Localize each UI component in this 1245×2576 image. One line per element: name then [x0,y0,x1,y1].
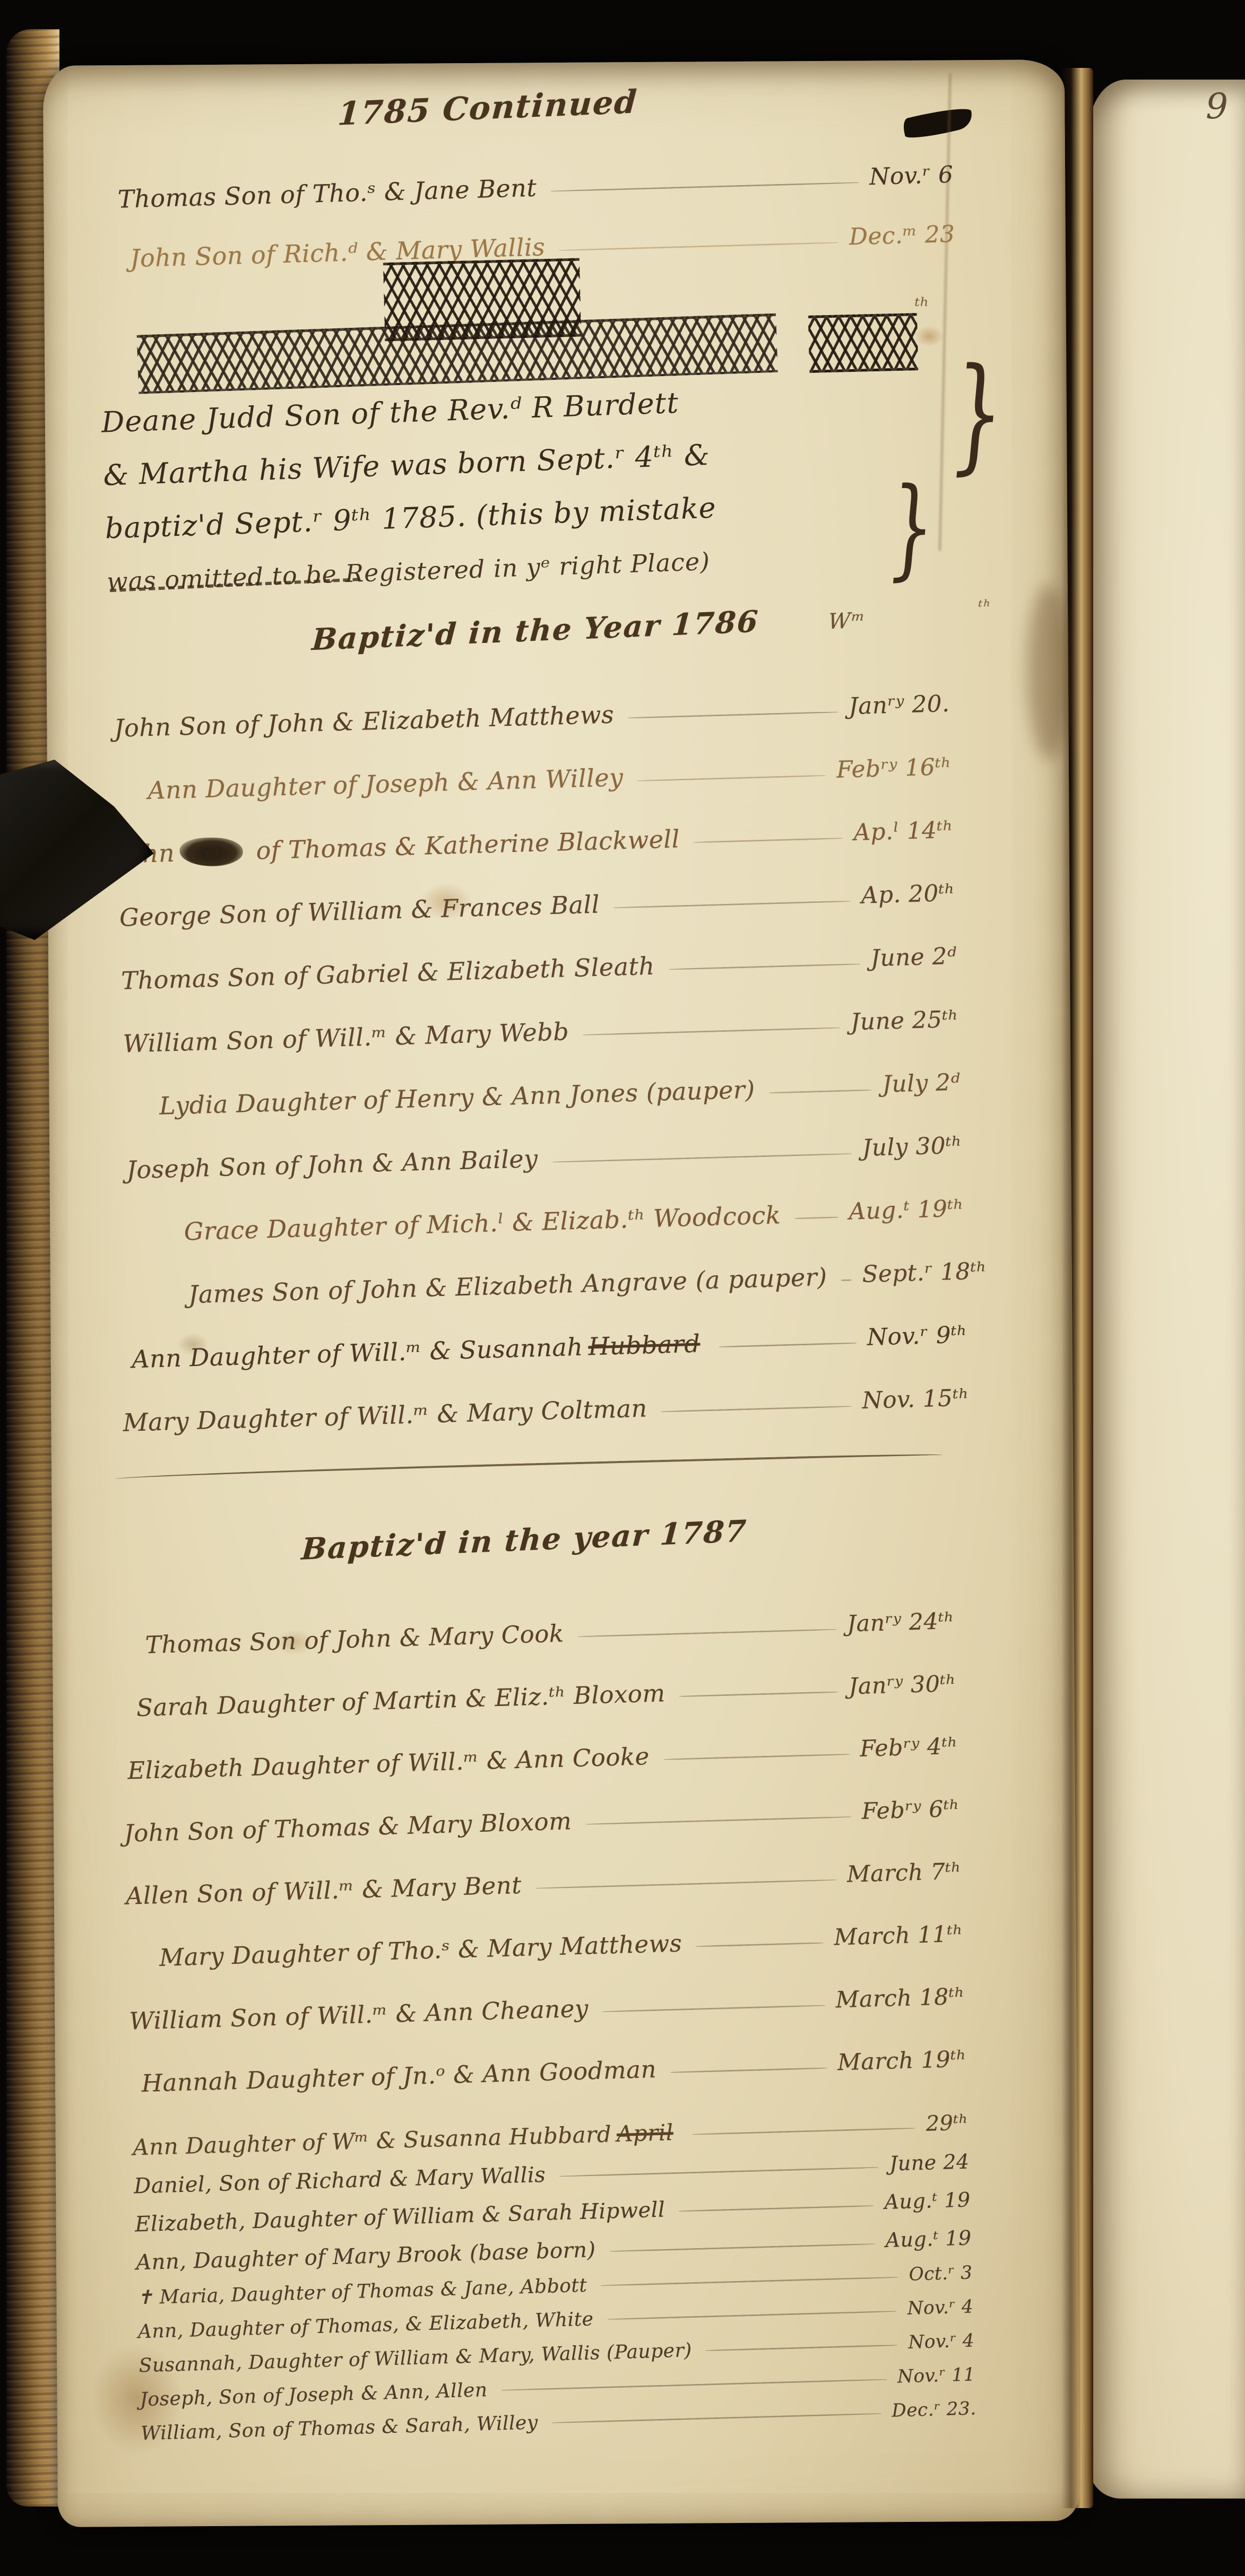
leader-line [706,2344,898,2351]
right-page-entry-fragment [1080,623,1237,680]
photograph-canvas: 1785 Continued Thomas Son of Tho.ˢ & Jan… [0,0,1245,2576]
entry-date: Aug.ᵗ 19 [885,2226,972,2252]
right-page-entry-fragment [1101,2099,1245,2155]
page-gutter [1061,68,1093,2508]
brace-flourish: } [887,473,936,584]
section-header-text: Baptiz'd in the Year 1786 [311,604,760,658]
leader-line [663,1754,850,1761]
memo-deane-judd: Deane Judd Son of the Rev.ᵈ R Burdett & … [100,366,999,608]
entry-date: March 7ᵗʰ [846,1858,962,1888]
section-divider-line [115,1453,943,1483]
right-page-entry-fragment [1082,733,1238,789]
right-page-entry-fragment [1101,2153,1245,2210]
right-page-entry-fragment [1094,1607,1245,1664]
leader-line [583,1027,840,1036]
right-page-entry-fragment [1076,350,1233,407]
right-page-entry-fragment [1103,2262,1245,2319]
entry-date: Nov.ʳ 11 [897,2364,975,2387]
entry-struck-text: Hubbard [588,1329,701,1361]
entry-date: March 11ᵗʰ [834,1921,964,1951]
right-page-entry-fragment [1105,2426,1245,2483]
right-page-entry-fragment [1088,1224,1245,1281]
entry-text: William, Son of Thomas & Sarah, Willey [141,2412,538,2444]
right-page-entry-fragment [1083,842,1239,899]
leader-line [669,963,860,970]
entry-date: Dec.ʳ 23. [892,2398,976,2421]
entry-text: Mary Daughter of Will.ᵐ & Mary Coltman [123,1394,647,1437]
leader-line [679,1691,838,1697]
entry-date: Aug.ᵗ 19ᵗʰ [849,1195,964,1225]
leader-line [585,1816,851,1825]
entry-date: Janʳʸ 24ᵗʰ [846,1608,955,1638]
leader-line [578,1629,837,1638]
entry-date: June 2ᵈ [870,943,957,972]
right-page-entry-fragment [1080,678,1237,735]
right-page-entry-fragment [1089,1279,1245,1336]
leader-line [637,774,826,781]
right-page-entry-fragment [1093,1552,1245,1609]
entry-struck-text: Son [179,837,243,867]
right-page-entry-fragment [1097,1880,1245,1937]
right-page-entry-fragment [1100,2044,1245,2101]
entry-date: Nov.ʳ 9ᵗʰ [867,1321,967,1351]
crossed-out-remnant: ᵗʰ [915,294,929,318]
leader-line [794,1216,838,1219]
entry-date: Febʳʸ 16ᵗʰ [836,753,952,784]
entries-1786-list: John Son of John & Elizabeth Matthews Ja… [55,654,1049,1439]
leader-line [693,2127,915,2135]
right-page-entry-fragment [1096,1771,1245,1827]
leader-line [610,2243,875,2252]
right-page-entry-fragment [1084,897,1240,953]
entry-date: June 25ᵗʰ [850,1006,959,1036]
right-page-entry-fragment [1077,459,1234,516]
leader-line [602,2005,825,2013]
entry-date: Oct.ʳ 3 [909,2262,973,2285]
right-page-fragments [1072,79,1245,2483]
paper-stain [915,326,944,347]
leader-line [696,1942,824,1947]
section-header-1786: Baptiz'd in the Year 1786 Wᵐ ᵗʰ [311,595,992,658]
brace-flourish: } [949,351,1006,477]
leader-line [841,1279,852,1281]
entry-date: Janʳʸ 20. [849,690,950,720]
right-page-entry-fragment [1084,951,1241,1008]
right-page-entry-fragment [1104,2372,1245,2429]
entry-date: Febʳʸ 4ᵗʰ [860,1733,958,1762]
entry-date: Sept.ʳ 18ᵗʰ [862,1257,987,1288]
entry-date: Nov.ʳ 4 [908,2330,975,2353]
leader-line [607,2310,896,2320]
entry-date: 29ᵗʰ [926,2111,969,2136]
leader-line [613,900,851,908]
right-page-entry-fragment [1091,1388,1245,1445]
entries-1787-list: Thomas Son of John & Mary Cook Janʳʸ 24ᵗ… [59,1572,1056,2447]
leader-line [559,2166,879,2177]
header-annotation-superscript: ᵗʰ [978,597,992,616]
entry-date: Ap. 20ᵗʰ [861,880,955,909]
year-header-1785: 1785 Continued [336,83,638,133]
entry-date: March 18ᵗʰ [835,1983,965,2014]
entry-date: Nov.ʳ 6 [869,161,954,190]
entry-date: Febʳʸ 6ᵗʰ [861,1796,960,1825]
right-page: 9 [1089,80,1245,2499]
section-header-1787: Baptiz'd in the year 1787 [300,1513,748,1567]
entry-date: Aug.ᵗ 19 [884,2188,971,2214]
entry-date: Ap.ˡ 14ᵗʰ [853,816,954,846]
right-page-entry-fragment [1087,1170,1244,1226]
leader-line [601,2276,898,2286]
right-page-entry-fragment [1092,1498,1245,1554]
header-annotation: Wᵐ [827,607,866,634]
right-page-entry-fragment [1094,1661,1245,1718]
entry-struck-text: April [616,2119,673,2147]
left-page: 1785 Continued Thomas Son of Tho.ˢ & Jan… [43,59,1079,2527]
leader-line [501,2379,887,2391]
leader-line [559,242,838,251]
leader-line [679,2205,874,2212]
right-page-entry-fragment [1102,2208,1245,2265]
leader-line [552,1153,852,1163]
right-page-entry-fragment [1077,405,1233,462]
right-page-entry-fragment [1075,295,1232,352]
entry-date: July 2ᵈ [882,1069,961,1098]
right-page-entry-fragment [1091,1443,1245,1500]
right-page-entry-fragment [1078,514,1235,571]
right-page-entry-fragment [1086,1060,1242,1117]
crossed-out-line-date [808,313,918,373]
leader-line [535,1879,836,1889]
right-page-entry-fragment [1074,186,1230,243]
entry-date: March 19ᵗʰ [837,2046,967,2076]
right-page-entry-fragment [1087,1115,1243,1172]
leader-line [670,2067,827,2073]
right-page-entry-fragment [1075,241,1231,298]
right-page-entry-fragment [1103,2317,1245,2374]
leader-line [694,838,843,843]
entry-date: Janʳʸ 30ᵗʰ [849,1670,957,1700]
leader-line [719,1342,857,1347]
entry-date: Dec.ᵐ 23 [849,221,955,251]
entry-date: Nov.ʳ 4 [907,2296,974,2319]
leader-line [769,1089,872,1093]
leader-line [550,182,859,192]
entry-date: July 30ᵗʰ [862,1132,962,1162]
entries-1785-list: Thomas Son of Tho.ˢ & Jane Bent Nov.ʳ 6 … [58,129,1035,275]
right-page-entry-fragment [1079,569,1235,625]
right-page-entry-fragment [1073,132,1230,188]
right-page-entry-fragment [1099,1989,1245,2046]
leader-line [628,711,838,719]
right-page-entry-fragment [1090,1334,1245,1390]
leader-line [552,2413,881,2423]
right-page-entry-fragment [1085,1006,1242,1063]
right-page-entry-fragment [1095,1716,1245,1773]
right-page-entry-fragment [1082,787,1239,844]
entry-date: Nov. 15ᵗʰ [862,1384,970,1414]
right-page-entry-fragment [1096,1825,1245,1882]
right-page-entry-fragment [1098,1935,1245,1991]
leader-line [661,1406,852,1413]
entry-date: June 24 [889,2150,970,2175]
